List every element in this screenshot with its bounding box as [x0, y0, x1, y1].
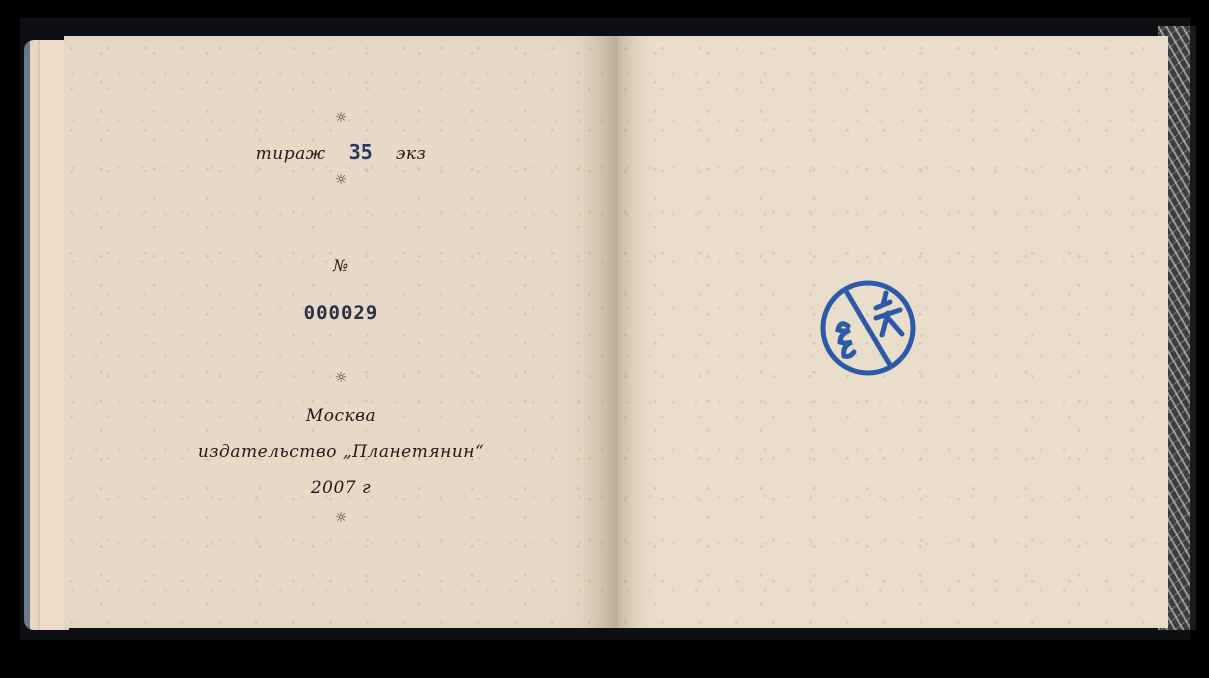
- ornament-icon: ☼: [64, 510, 618, 526]
- ornament-icon: ☼: [64, 110, 618, 126]
- print-run-value: 35: [349, 140, 373, 164]
- ornament-icon: ☼: [64, 172, 618, 188]
- number-sign: №: [64, 256, 618, 275]
- ornament-icon: ☼: [64, 370, 618, 386]
- left-page: ☼ тираж 35 экз ☼ № 000029 ☼ Москва издат…: [64, 36, 618, 628]
- publisher: издательство „Планетянин“: [64, 442, 618, 462]
- print-run-unit: экз: [396, 144, 426, 164]
- print-run-line: тираж 35 экз: [64, 140, 618, 164]
- publisher-seal-icon: [818, 278, 918, 378]
- page-stack-edge: [24, 40, 69, 630]
- print-run-label: тираж: [256, 144, 326, 164]
- copy-number: 000029: [64, 302, 618, 324]
- city: Москва: [64, 406, 618, 426]
- year: 2007 г: [64, 478, 618, 498]
